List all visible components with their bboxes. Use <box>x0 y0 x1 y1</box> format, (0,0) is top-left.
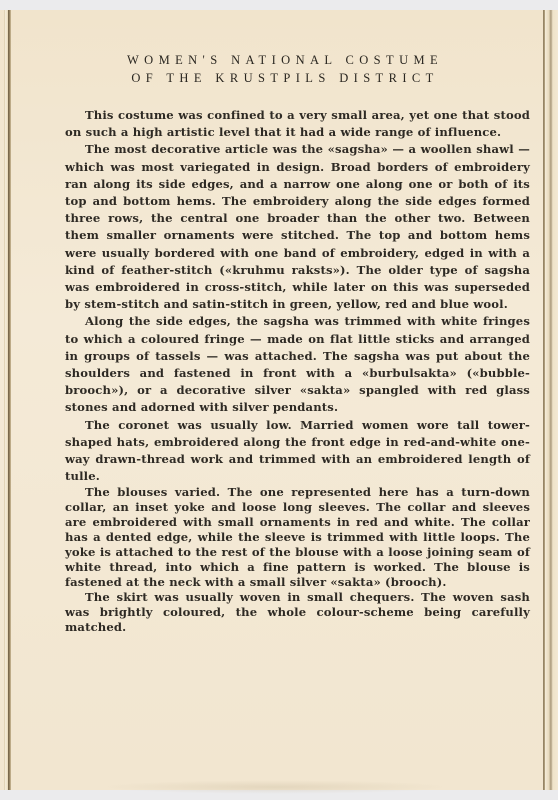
title-line-2: OF THE KRUSTPILS DISTRICT <box>60 69 510 87</box>
title-line-1: WOMEN'S NATIONAL COSTUME <box>60 51 510 69</box>
paper-stain <box>100 780 450 794</box>
document-page: WOMEN'S NATIONAL COSTUME OF THE KRUSTPIL… <box>0 10 558 790</box>
paragraph-intro: This costume was confined to a very smal… <box>65 107 530 141</box>
right-fold-edge <box>545 10 558 790</box>
paragraph-blouses: The blouses varied. The one represented … <box>65 485 530 590</box>
paragraph-coronet: The coronet was usually low. Married wom… <box>65 417 530 486</box>
left-fold-line <box>8 10 11 790</box>
page-title: WOMEN'S NATIONAL COSTUME OF THE KRUSTPIL… <box>60 51 510 87</box>
paragraph-skirt: The skirt was usually woven in small che… <box>65 590 530 635</box>
paragraph-sagsha: The most decorative article was the «sag… <box>65 141 530 313</box>
document-body: This costume was confined to a very smal… <box>65 107 530 635</box>
paragraph-fringes: Along the side edges, the sagsha was tri… <box>65 313 530 416</box>
